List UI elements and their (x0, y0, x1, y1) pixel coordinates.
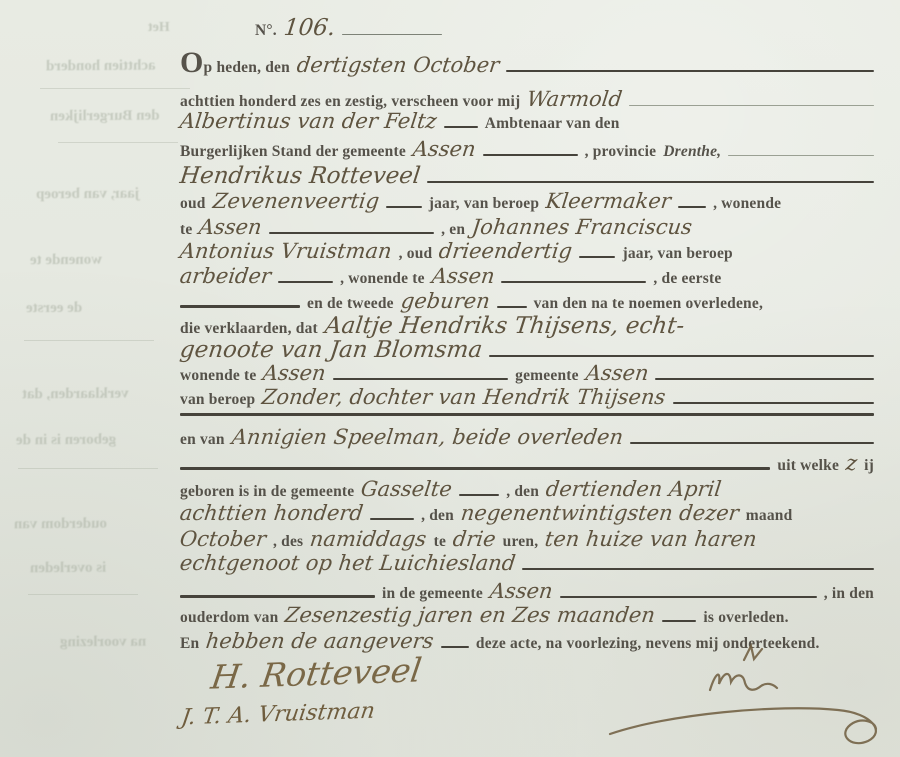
record-line: achttien honderd , den negenentwintigste… (180, 502, 874, 525)
printed-text: gemeente (515, 367, 579, 385)
blank-line-rule (489, 355, 874, 357)
bleedthrough-rule (28, 594, 138, 595)
record-line: en van Annigien Speelman, beide overlede… (180, 426, 874, 449)
blank-line-rule (269, 232, 434, 234)
handwritten-entry: Assen (584, 362, 649, 384)
act-number-value: 106. (282, 16, 336, 40)
blank-line-rule (333, 378, 508, 380)
printed-text: en van (180, 431, 225, 449)
bleedthrough-text: ouderdom van (14, 516, 107, 534)
blank-line-rule (560, 596, 817, 598)
printed-text: te (180, 221, 192, 239)
handwritten-entry: Aaltje Hendriks Thijsens, echt- (323, 314, 685, 338)
printed-text: , en (441, 221, 465, 239)
handwritten-entry: drie (452, 528, 497, 550)
handwritten-entry: achttien honderd (179, 502, 365, 524)
printed-text: in de gemeente (382, 585, 483, 603)
bleedthrough-rule (18, 468, 158, 469)
record-line: en de tweede geburen van den na te noeme… (180, 290, 874, 313)
bleedthrough-text: verklaarden, dat (22, 386, 129, 404)
printed-text: En (180, 635, 199, 653)
handwritten-entry: namiddags (309, 528, 428, 550)
handwritten-entry: Assen (198, 216, 263, 238)
bleedthrough-text: achttien honderd (46, 58, 156, 76)
record-line: te Assen , en Johannes Franciscus (180, 216, 874, 239)
blank-line-rule (180, 305, 300, 308)
printed-text: , oud (399, 245, 433, 263)
blank-line-rule (506, 70, 874, 72)
blank-line-rule (180, 413, 874, 416)
filler-dash (579, 256, 615, 258)
printed-text: uren, (503, 533, 539, 551)
bleedthrough-rule (40, 88, 190, 89)
bleedthrough-text: de eerste (26, 300, 82, 317)
record-line: Burgerlijken Stand der gemeente Assen , … (180, 138, 874, 161)
blank-line-rule (180, 595, 375, 598)
record-line: arbeider , wonende te Assen , de eerste (180, 265, 874, 288)
printed-text: , den (506, 483, 539, 501)
blank-line-rule (630, 442, 874, 444)
handwritten-entry: geburen (399, 290, 491, 312)
printed-text: , den (421, 507, 454, 525)
filler-dash (497, 306, 527, 308)
record-line: die verklaarden, dat Aaltje Hendriks Thi… (180, 314, 874, 338)
handwritten-entry: Zevenenveertig (211, 190, 380, 212)
record-line: van beroep Zonder, dochter van Hendrik T… (180, 386, 874, 409)
record-line: achttien honderd zes en zestig, verschee… (180, 88, 874, 111)
blank-line-rule (629, 105, 874, 106)
record-line: oud Zevenenveertig jaar, van beroep Klee… (180, 190, 874, 213)
record-line: echtgenoot op het Luichiesland (180, 552, 874, 574)
printed-text: te (434, 533, 446, 551)
handwritten-entry: Assen (489, 580, 554, 602)
blank-line-rule (278, 281, 333, 283)
printed-text: jaar, van beroep (622, 245, 732, 263)
handwritten-entry: genoote van Jan Blomsma (179, 338, 484, 362)
record-line: wonende te Assen gemeente Assen (180, 362, 874, 385)
printed-text: Burgerlijken Stand der gemeente (180, 143, 406, 161)
blank-line-rule (655, 378, 874, 380)
blank-line-rule (180, 467, 770, 470)
blank-line-rule (483, 154, 578, 156)
bleedthrough-rule (24, 340, 154, 341)
printed-text: uit welke (777, 457, 839, 475)
bleedthrough-text: na voorlezing (60, 634, 146, 652)
printed-text: , des (273, 533, 303, 551)
blank-line-rule (342, 34, 442, 35)
printed-text: van beroep (180, 391, 255, 409)
bleedthrough-rule (58, 142, 178, 143)
record-line: Antonius Vruistman , oud drieendertig ja… (180, 240, 874, 263)
handwritten-entry: Annigien Speelman, beide overleden (230, 426, 624, 448)
record-line: Hendrikus Rotteveel (180, 164, 874, 188)
printed-text: Drenthe, (663, 143, 721, 161)
blank-line-rule (501, 281, 646, 283)
record-line: uit welke z ij (180, 452, 874, 475)
printed-text: geboren is in de gemeente (180, 483, 354, 501)
record-line: in de gemeente Assen , in den (180, 580, 874, 603)
bleedthrough-text: is overleden (30, 560, 106, 578)
handwritten-entry: drieendertig (438, 240, 574, 262)
blank-line-rule (673, 402, 874, 404)
filler-dash (678, 206, 706, 208)
record-line: Albertinus van der Feltz Ambtenaar van d… (180, 110, 874, 133)
handwritten-entry: Johannes Franciscus (471, 216, 694, 238)
record-line (180, 413, 874, 416)
handwritten-entry: Zesenzestig jaren en Zes maanden (284, 604, 657, 626)
filler-dash (370, 518, 414, 520)
blank-line-rule (728, 155, 874, 156)
printed-text: van den na te noemen overledene, (534, 295, 763, 313)
handwritten-entry: dertigsten October (296, 54, 501, 76)
bleedthrough-text: jaar, van beroep (36, 186, 140, 204)
printed-text: wonende te (180, 367, 256, 385)
handwritten-entry: ten huize van haren (544, 528, 758, 550)
bleedthrough-text: Het (148, 20, 170, 36)
handwritten-entry: Hendrikus Rotteveel (179, 164, 422, 188)
handwritten-entry: Zonder, dochter van Hendrik Thijsens (261, 386, 667, 408)
record-line: October , des namiddags te drie uren, te… (180, 528, 874, 551)
signature-stroke (710, 674, 777, 690)
record-line: genoote van Jan Blomsma (180, 338, 874, 362)
filler-dash (444, 126, 478, 128)
record-line: Op heden, den dertigsten October (180, 54, 874, 77)
printed-text: en de tweede (307, 295, 394, 313)
printed-text: oud (180, 195, 206, 213)
declarant-signature-2: J. T. A. Vruistman (180, 699, 377, 731)
printed-text: , provincie (585, 143, 657, 161)
printed-text: Ambtenaar van den (485, 115, 620, 133)
printed-text: , in den (824, 585, 874, 603)
blank-line-rule (522, 568, 874, 570)
printed-text: is overleden. (703, 609, 788, 627)
printed-text: jaar, van beroep (429, 195, 539, 213)
printed-text: die verklaarden, dat (180, 320, 318, 338)
handwritten-entry: Assen (412, 138, 477, 160)
official-signature-flourish (598, 638, 898, 753)
declarant-signature-1: H. Rotteveel (209, 650, 424, 696)
handwritten-entry: dertienden April (545, 478, 723, 500)
printed-text: ij (864, 457, 874, 475)
printed-text: ouderdom van (180, 609, 278, 627)
handwritten-entry: Assen (430, 265, 495, 287)
handwritten-entry: Warmold (526, 88, 624, 110)
bleedthrough-text: geboren is in de (16, 432, 116, 450)
handwritten-entry: arbeider (179, 265, 273, 287)
signature-stroke (744, 646, 762, 660)
handwritten-entry: Antonius Vruistman (179, 240, 393, 262)
handwritten-entry: z (845, 452, 859, 474)
death-certificate-scan: Het achttien honderd den Burgerlijken ja… (0, 0, 900, 757)
printed-text: Op heden, den (180, 58, 290, 77)
handwritten-entry: echtgenoot op het Luichiesland (179, 552, 517, 574)
printed-text: maand (746, 507, 793, 525)
bleedthrough-text: wonende te (30, 252, 102, 270)
handwritten-entry: Albertinus van der Feltz (179, 110, 438, 132)
handwritten-entry: October (179, 528, 268, 550)
filler-dash (441, 646, 469, 648)
filler-dash (459, 494, 499, 496)
act-number-label: N°. (255, 22, 277, 40)
record-line: geboren is in de gemeente Gasselte , den… (180, 478, 874, 501)
signature-stroke (610, 708, 876, 743)
handwritten-entry: Assen (262, 362, 327, 384)
handwritten-entry: Gasselte (360, 478, 454, 500)
record-line: ouderdom van Zesenzestig jaren en Zes ma… (180, 604, 874, 627)
handwritten-entry: Kleermaker (545, 190, 673, 212)
printed-text: , de eerste (653, 270, 721, 288)
act-number-line: N°. 106. (255, 16, 515, 40)
bleedthrough-text: den Burgerlijken (50, 108, 160, 126)
handwritten-entry: hebben de aangevers (205, 630, 435, 652)
handwritten-entry: negenentwintigsten dezer (460, 502, 741, 524)
filler-dash (662, 620, 696, 622)
printed-text: , wonende (713, 195, 781, 213)
printed-text: , wonende te (340, 270, 425, 288)
blank-line-rule (427, 181, 874, 183)
filler-dash (386, 206, 422, 208)
